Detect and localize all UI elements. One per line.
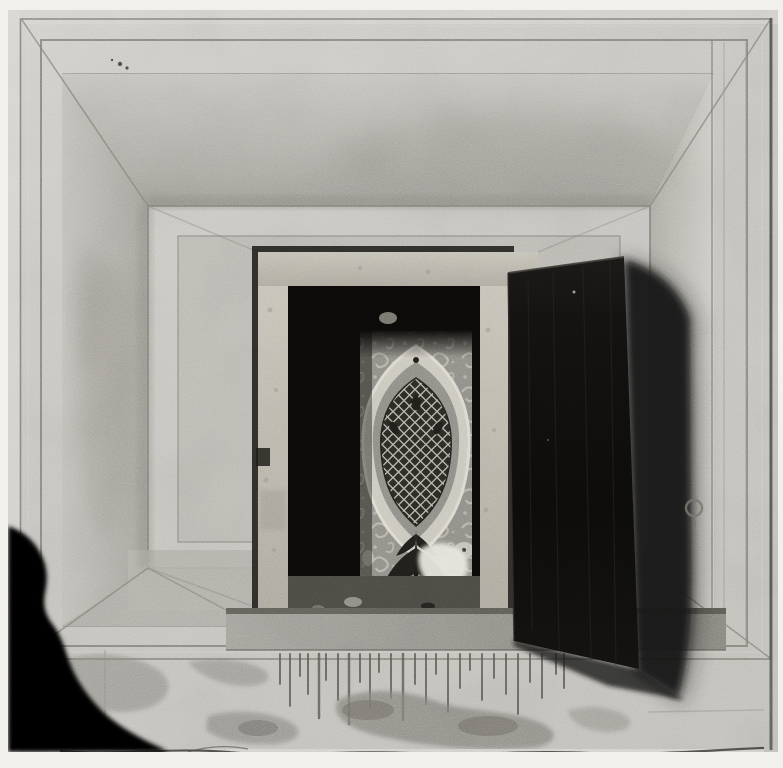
photo-canvas — [8, 10, 778, 752]
photograph — [8, 10, 778, 752]
page: { "meta": { "type": "black-and-white pho… — [0, 0, 783, 768]
film-grain-overlay — [8, 10, 778, 752]
